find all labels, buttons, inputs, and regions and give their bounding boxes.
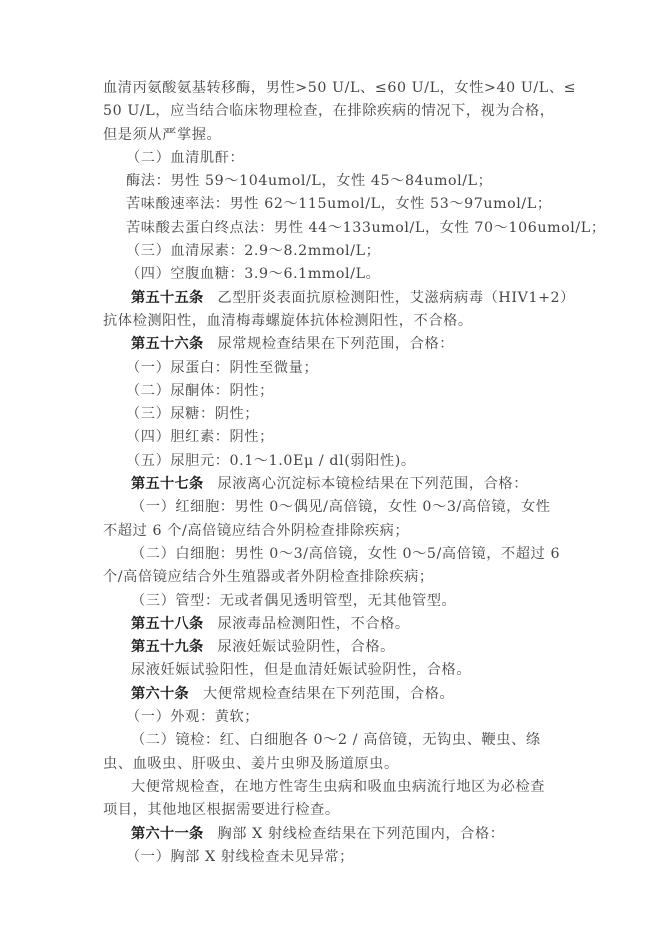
text-line: 苦味酸去蛋白终点法：男性 44～133umol/L，女性 70～106umol/… [103,217,573,240]
article-text: 尿常规检查结果在下列范围，合格： [217,336,454,352]
article-number: 第六十条 [131,686,189,702]
text-line: 苦味酸速率法：男性 62～115umol/L，女性 53～97umol/L； [103,193,573,216]
list-item: （二）尿酮体：阴性； [103,380,573,403]
list-item: （四）空腹血糖：3.9～6.1mmol/L。 [103,263,573,286]
article-57: 第五十七条尿液离心沉淀标本镜检结果在下列范围，合格： [103,473,573,496]
article-number: 第五十八条 [131,616,203,632]
article-59: 第五十九条尿液妊娠试验阴性，合格。 [103,636,573,659]
article-number: 第六十一条 [131,826,203,842]
article-text: 胸部 X 射线检查结果在下列范围内，合格： [217,826,504,842]
article-number: 第五十七条 [131,476,203,492]
text-line: 50 U/L，应当结合临床物理检查，在排除疾病的情况下，视为合格， [103,100,573,123]
list-item: （二）白细胞：男性 0～3/高倍镜，女性 0～5/高倍镜，不超过 6 [103,543,573,566]
list-item: （二）镜检：红、白细胞各 0～2 / 高倍镜，无钩虫、鞭虫、绦 [103,729,573,752]
article-text: 尿液离心沉淀标本镜检结果在下列范围，合格： [217,476,528,492]
list-item: （四）胆红素：阴性； [103,426,573,449]
article-55: 第五十五条乙型肝炎表面抗原检测阳性，艾滋病病毒（HIV1+2） [103,287,573,310]
article-number: 第五十六条 [131,336,203,352]
document-page: 血清丙氨酸氨基转移酶，男性>50 U/L、≤60 U/L，女性>40 U/L、≤… [103,77,573,869]
list-item: （一）红细胞：男性 0～偶见/高倍镜，女性 0～3/高倍镜，女性 [103,496,573,519]
article-number: 第五十九条 [131,639,203,655]
text-line: 项目，其他地区根据需要进行检查。 [103,799,573,822]
list-item: （三）尿糖：阴性； [103,403,573,426]
text-line: 大便常规检查，在地方性寄生虫病和吸血虫病流行地区为必检查 [103,776,573,799]
article-text: 乙型肝炎表面抗原检测阳性，艾滋病病毒（HIV1+2） [217,290,575,306]
article-number: 第五十五条 [131,290,203,306]
text-line: 尿液妊娠试验阳性，但是血清妊娠试验阴性，合格。 [103,659,573,682]
article-58: 第五十八条尿液毒品检测阳性，不合格。 [103,613,573,636]
list-item: （三）血清尿素：2.9～8.2mmol/L； [103,240,573,263]
list-item: （一）外观：黄软； [103,706,573,729]
list-item: （五）尿胆元：0.1～1.0Eμ / dl(弱阳性)。 [103,450,573,473]
article-text: 大便常规检查结果在下列范围，合格。 [203,686,454,702]
text-line: 但是须从严掌握。 [103,124,573,147]
section-heading-serum-creatinine: （二）血清肌酐： [103,147,573,170]
text-line: 不超过 6 个/高倍镜应结合外阴检查排除疾病； [103,520,573,543]
article-text: 尿液毒品检测阳性，不合格。 [217,616,409,632]
list-item: （一）尿蛋白：阴性至微量； [103,357,573,380]
article-61: 第六十一条胸部 X 射线检查结果在下列范围内，合格： [103,823,573,846]
list-item: （一）胸部 X 射线检查未见异常； [103,846,573,869]
article-60: 第六十条大便常规检查结果在下列范围，合格。 [103,683,573,706]
text-line: 虫、血吸虫、肝吸虫、姜片虫卵及肠道原虫。 [103,753,573,776]
text-line: 血清丙氨酸氨基转移酶，男性>50 U/L、≤60 U/L，女性>40 U/L、≤ [103,77,573,100]
text-line: 抗体检测阳性，血清梅毒螺旋体抗体检测阳性，不合格。 [103,310,573,333]
article-text: 尿液妊娠试验阴性，合格。 [217,639,394,655]
article-56: 第五十六条尿常规检查结果在下列范围，合格： [103,333,573,356]
text-line: 酶法：男性 59～104umol/L，女性 45～84umol/L； [103,170,573,193]
list-item: （三）管型：无或者偶见透明管型，无其他管型。 [103,590,573,613]
text-line: 个/高倍镜应结合外生殖器或者外阴检查排除疾病； [103,566,573,589]
